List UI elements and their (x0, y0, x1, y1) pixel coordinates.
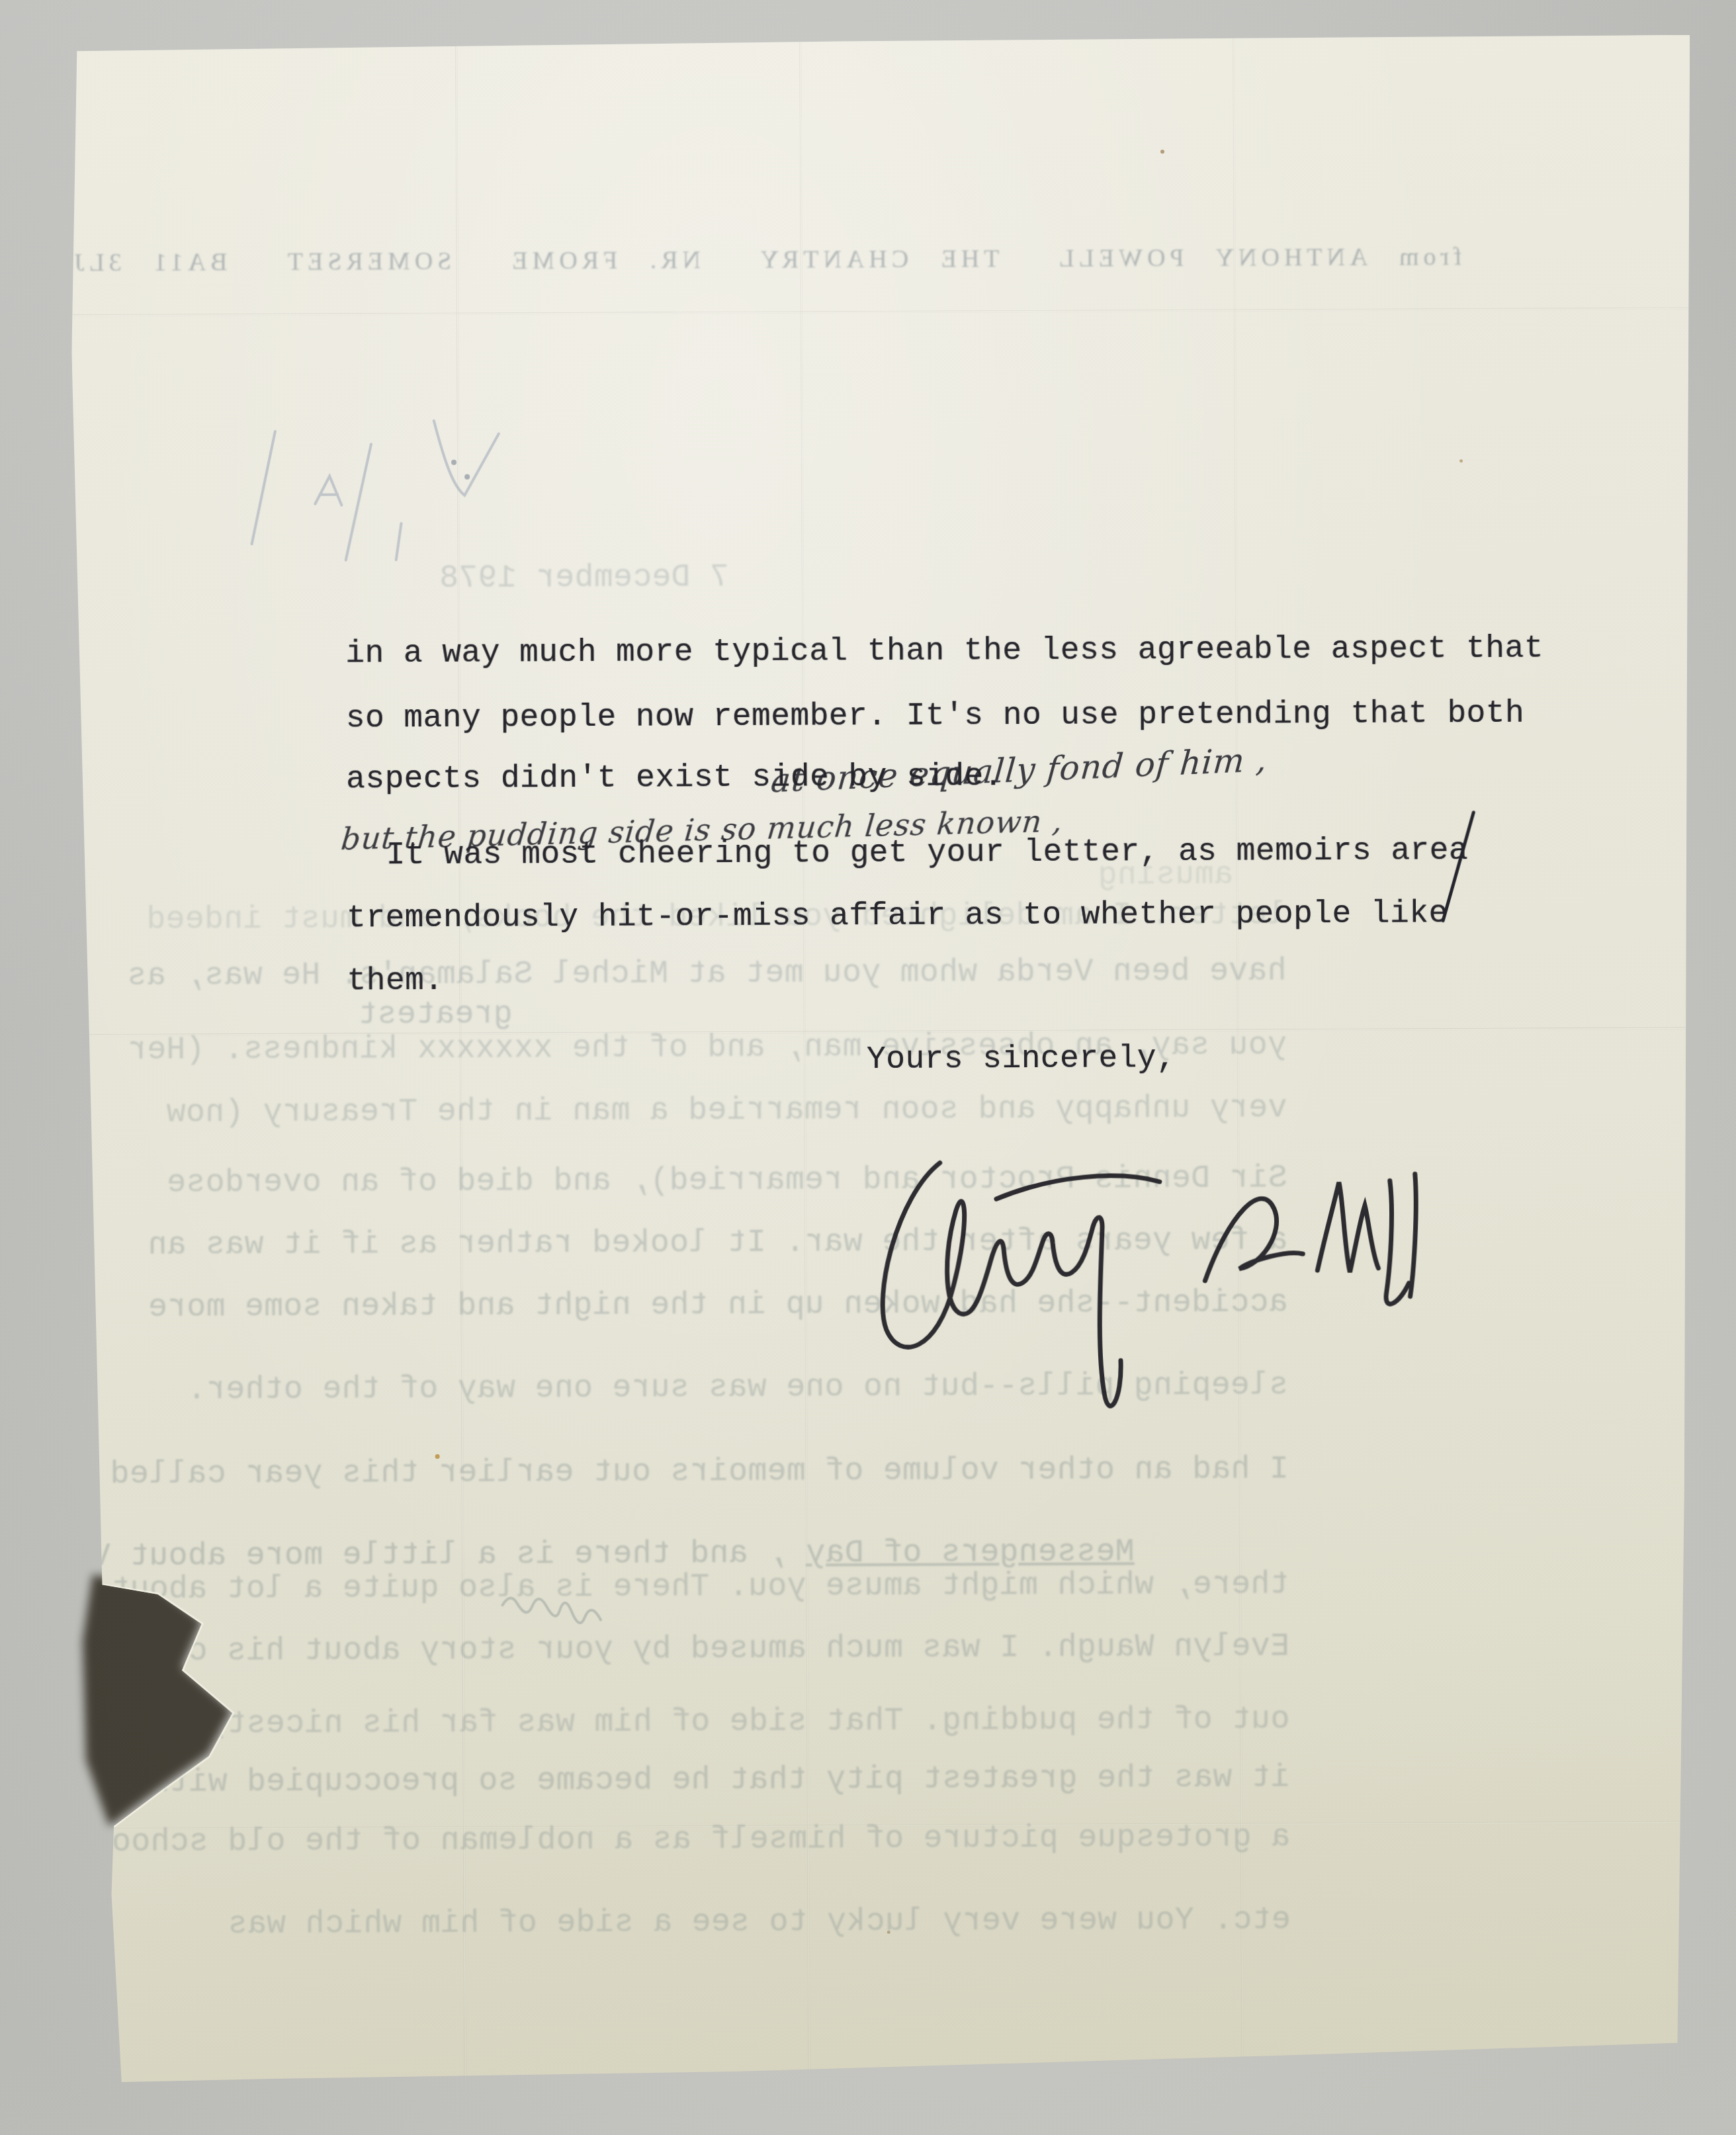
signature-handwriting (860, 1081, 1444, 1428)
ghost-text-line: a grotesque picture of himself as a nobl… (73, 1819, 1290, 1860)
ghost-text-line: I had an other volume of memoirs out ear… (110, 1452, 1289, 1493)
ghost-text-line: there, which might amuse you. There is a… (110, 1567, 1289, 1608)
foxing-spot (887, 1931, 890, 1934)
closing-salutation: Yours sincerely, (867, 1041, 1176, 1078)
ghost-text-line: it was the greatest pity that he became … (150, 1760, 1290, 1801)
ghost-text-line: etc. You were very lucky to see a side o… (228, 1902, 1290, 1942)
handwritten-insertion-line-1: at once equally fond of him , (769, 740, 1269, 800)
ghost-book-title: Messengers of Day (806, 1534, 1135, 1571)
ghost-fragment-greatest: greatest (358, 996, 513, 1033)
ghost-text-line: out of the pudding. That side of him was… (130, 1702, 1290, 1743)
foxing-spot (435, 1454, 440, 1459)
letter-body-line: tremendously hit-or-miss affair as to wh… (347, 896, 1448, 936)
letter-body-line: so many people now remember. It's no use… (346, 696, 1525, 737)
ghost-date: 7 December 1978 (439, 560, 729, 597)
ghost-letterhead: from ANTHONY POWELL THE CHANTRY NR. FROM… (0, 242, 1462, 279)
letter-body-line: in a way much more typical than the less… (345, 631, 1543, 672)
horizontal-fold-crease (69, 1027, 1697, 1037)
vertical-fold-crease (455, 40, 466, 2081)
letter-photograph: from ANTHONY POWELL THE CHANTRY NR. FROM… (0, 0, 1736, 2135)
pencil-marks (236, 410, 514, 564)
foxing-spot (1459, 459, 1463, 462)
ghost-line-rest: , and there is a little more about Varda (14, 1536, 806, 1575)
horizontal-fold-crease (66, 308, 1694, 317)
foxing-spot (1160, 150, 1164, 153)
horizontal-fold-crease (73, 1821, 1700, 1831)
vertical-fold-crease (799, 39, 810, 2080)
letter-body-line: them. (347, 963, 443, 1000)
ghost-handwriting-fragment (496, 1594, 608, 1635)
vertical-fold-crease (1233, 37, 1243, 2078)
ghost-text-line: have been Verda whom you met at Michel S… (127, 953, 1287, 994)
letter-paper: from ANTHONY POWELL THE CHANTRY NR. FROM… (65, 35, 1701, 2083)
